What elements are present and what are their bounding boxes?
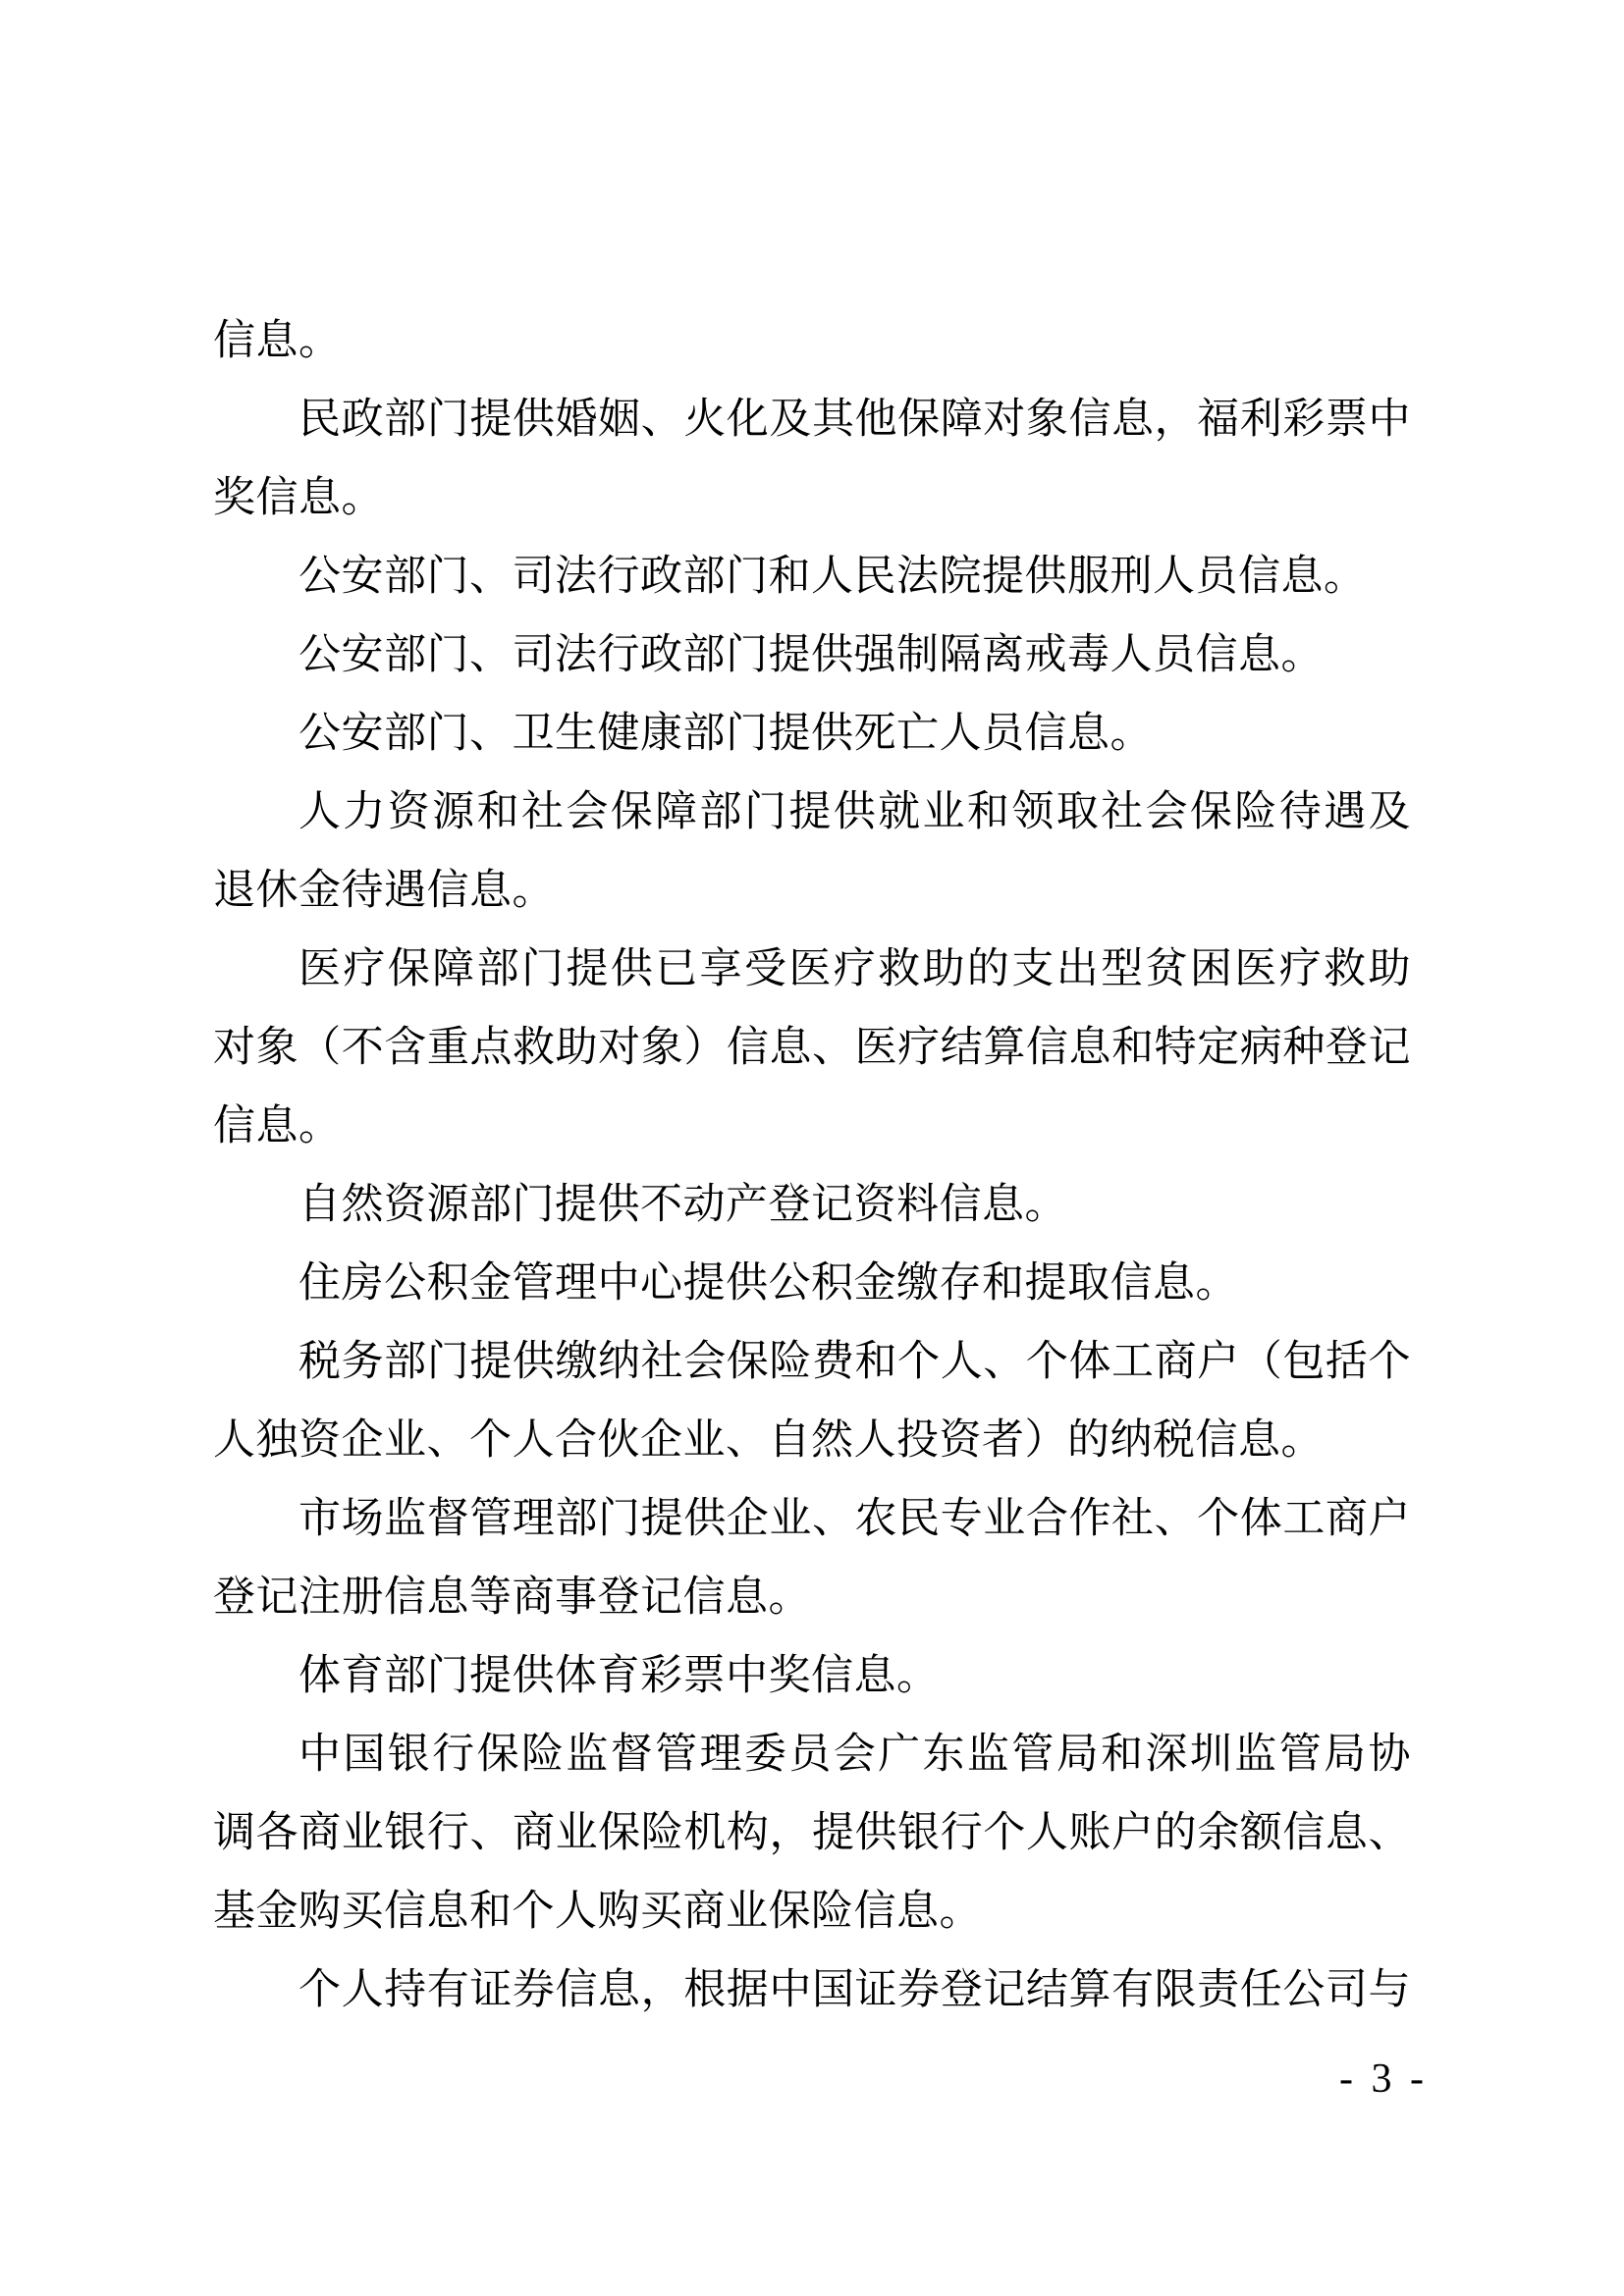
text-line: 人力资源和社会保障部门提供就业和领取社会保险待遇及 xyxy=(213,774,1411,852)
text-line: 住房公积金管理中心提供公积金缴存和提取信息。 xyxy=(213,1245,1411,1323)
text-line: 税务部门提供缴纳社会保险费和个人、个体工商户（包括个 xyxy=(213,1323,1411,1402)
text-line: 中国银行保险监督管理委员会广东监管局和深圳监管局协 xyxy=(213,1716,1411,1794)
text-line: 信息。 xyxy=(213,302,1411,381)
text-line: 奖信息。 xyxy=(213,459,1411,538)
text-line: 人独资企业、个人合伙企业、自然人投资者）的纳税信息。 xyxy=(213,1402,1411,1480)
text-line: 医疗保障部门提供已享受医疗救助的支出型贫困医疗救助 xyxy=(213,931,1411,1009)
text-line: 个人持有证券信息，根据中国证券登记结算有限责任公司与 xyxy=(213,1951,1411,2030)
text-line: 退休金待遇信息。 xyxy=(213,852,1411,931)
text-line: 登记注册信息等商事登记信息。 xyxy=(213,1559,1411,1637)
page-number: - 3 - xyxy=(1339,2050,1428,2109)
text-line: 信息。 xyxy=(213,1088,1411,1166)
text-line: 体育部门提供体育彩票中奖信息。 xyxy=(213,1637,1411,1716)
document-body: 信息。民政部门提供婚姻、火化及其他保障对象信息，福利彩票中奖信息。公安部门、司法… xyxy=(213,302,1411,2030)
text-line: 公安部门、司法行政部门提供强制隔离戒毒人员信息。 xyxy=(213,616,1411,695)
text-line: 民政部门提供婚姻、火化及其他保障对象信息，福利彩票中 xyxy=(213,381,1411,459)
text-line: 对象（不含重点救助对象）信息、医疗结算信息和特定病种登记 xyxy=(213,1009,1411,1088)
text-line: 调各商业银行、商业保险机构，提供银行个人账户的余额信息、 xyxy=(213,1794,1411,1873)
text-line: 基金购买信息和个人购买商业保险信息。 xyxy=(213,1873,1411,1951)
text-line: 市场监督管理部门提供企业、农民专业合作社、个体工商户 xyxy=(213,1480,1411,1559)
text-line: 公安部门、卫生健康部门提供死亡人员信息。 xyxy=(213,695,1411,774)
text-line: 自然资源部门提供不动产登记资料信息。 xyxy=(213,1166,1411,1245)
text-line: 公安部门、司法行政部门和人民法院提供服刑人员信息。 xyxy=(213,538,1411,616)
document-page: 信息。民政部门提供婚姻、火化及其他保障对象信息，福利彩票中奖信息。公安部门、司法… xyxy=(0,0,1624,2296)
